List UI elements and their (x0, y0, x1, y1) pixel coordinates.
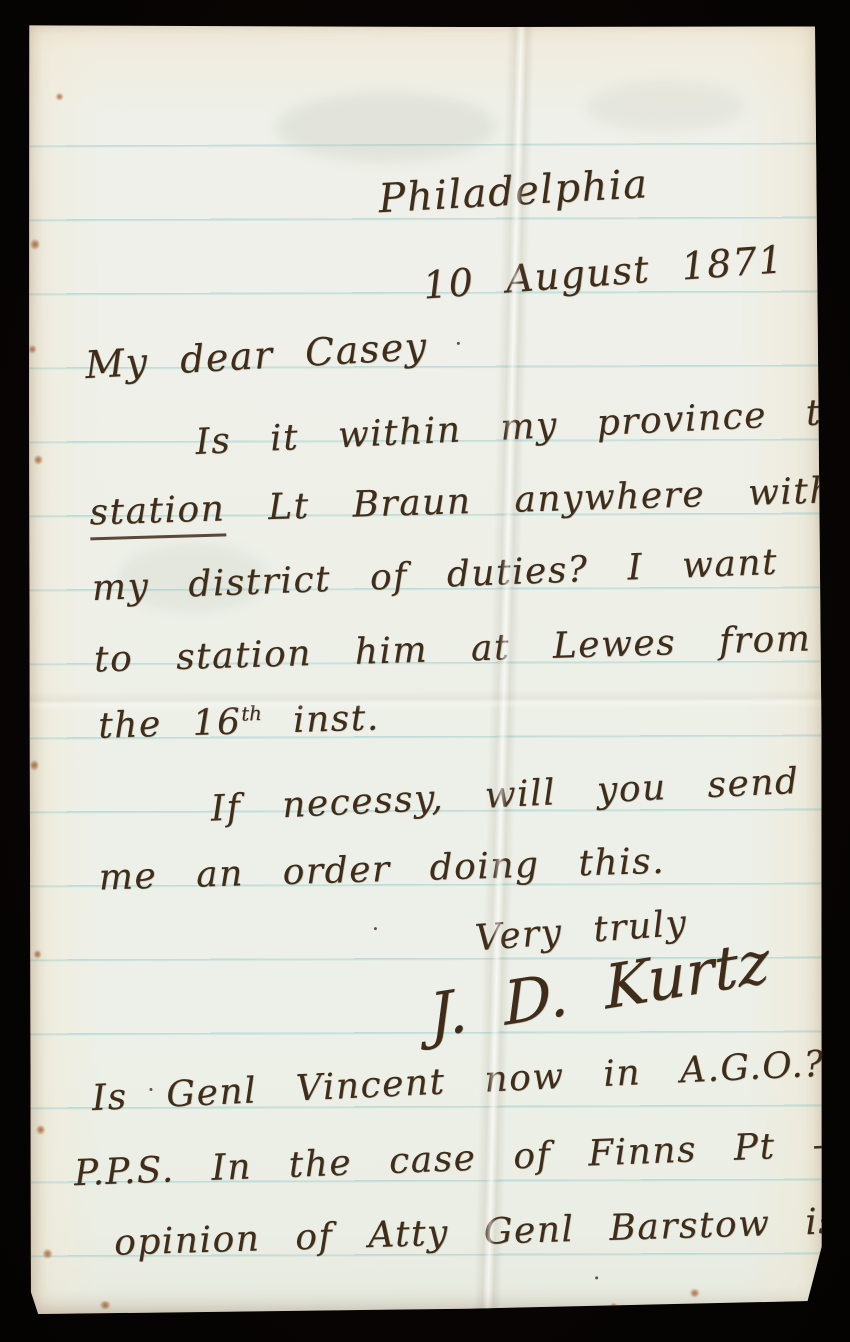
postscript-line-1: Is Genl Vincent now in A.G.O.? (91, 1047, 826, 1118)
foxing-spot (34, 455, 42, 464)
body-line-5-pre: the 16 (98, 702, 242, 747)
ink-speck (374, 927, 377, 930)
letter-paper: Philadelphia 10 August 1871 My dear Case… (26, 21, 825, 1316)
show-through-smudge (586, 81, 746, 132)
foxing-spot (56, 93, 63, 100)
foxing-spot (690, 1289, 699, 1297)
body-line-1: Is it within my province to (195, 394, 846, 461)
ink-speck (595, 1276, 598, 1279)
foxing-spot (610, 1303, 617, 1309)
foxing-spot (30, 760, 38, 770)
body-line-2: station Lt Braun anywhere within (89, 472, 850, 531)
foxing-spot (100, 1301, 110, 1309)
heading-place: Philadelphia (377, 164, 649, 219)
letter-photograph: Philadelphia 10 August 1871 My dear Case… (0, 0, 850, 1342)
foxing-spot (37, 1125, 45, 1134)
heading-date: 10 August 1871 (422, 240, 786, 304)
body-line-4: to station him at Lewes from (94, 621, 812, 678)
foxing-spot (31, 239, 40, 249)
body-line-7: me an order doing this. (98, 844, 665, 897)
foxing-spot (34, 950, 41, 958)
foxing-spot (43, 1249, 52, 1258)
foxing-spot (29, 345, 36, 353)
underlined-word: station (89, 488, 226, 540)
ink-speck (457, 342, 460, 345)
show-through-smudge (276, 92, 496, 163)
body-line-5-post: inst. (261, 697, 380, 741)
body-line-2-rest: Lt Braun anywhere within (268, 469, 850, 528)
postscript-line-2: P.P.S. In the case of Finns Pt – the (73, 1123, 850, 1192)
body-line-6: If necessy, will you send (210, 764, 800, 828)
body-line-5: the 16th inst. (98, 700, 380, 744)
ordinal-superscript: th (241, 702, 262, 726)
body-line-3: my district of duties? I want (91, 545, 778, 607)
salutation: My dear Casey (84, 327, 428, 384)
postscript-line-3: opinion of Atty Genl Barstow is di- (114, 1202, 850, 1262)
